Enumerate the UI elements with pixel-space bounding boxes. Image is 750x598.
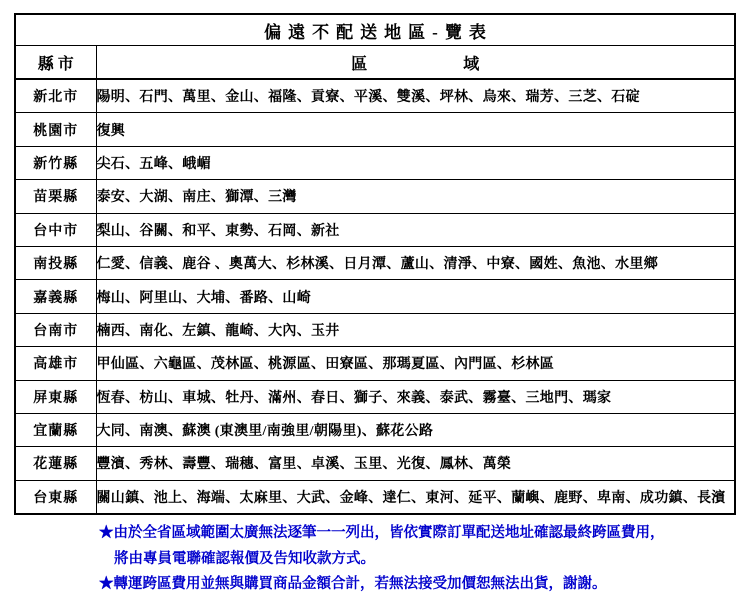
region-cell: 梅山、阿里山、大埔、番路、山崎: [96, 280, 735, 313]
table-row: 花蓮縣 豐濱、秀林、壽豐、瑞穗、富里、卓溪、玉里、光復、鳳林、萬榮: [15, 447, 735, 480]
table-header-row: 縣 市 區 域: [15, 46, 735, 80]
table-title: 偏遠不配送地區-覽表: [15, 14, 735, 46]
county-cell: 花蓮縣: [15, 447, 96, 480]
table-row: 台東縣 關山鎮、池上、海端、太麻里、大武、金峰、達仁、東河、延平、蘭嶼、鹿野、卑…: [15, 480, 735, 514]
column-header-region: 區 域: [96, 46, 735, 80]
county-cell: 新竹縣: [15, 146, 96, 179]
region-cell: 陽明、石門、萬里、金山、福隆、貢寮、平溪、雙溪、坪林、烏來、瑞芳、三芝、石碇: [96, 79, 735, 113]
note-line-1: ★由於全省區域範圍太廣無法逐筆一一列出，皆依實際訂單配送地址確認最終跨區費用，: [99, 521, 665, 547]
table-row: 高雄市 甲仙區、六龜區、茂林區、桃源區、田寮區、那瑪夏區、內門區、杉林區: [15, 347, 735, 380]
region-cell: 泰安、大湖、南庄、獅潭、三灣: [96, 180, 735, 213]
county-cell: 宜蘭縣: [15, 413, 96, 446]
county-cell: 嘉義縣: [15, 280, 96, 313]
region-cell: 尖石、五峰、峨嵋: [96, 146, 735, 179]
table-row: 苗栗縣 泰安、大湖、南庄、獅潭、三灣: [15, 180, 735, 213]
footer-notes: ★由於全省區域範圍太廣無法逐筆一一列出，皆依實際訂單配送地址確認最終跨區費用， …: [99, 521, 665, 598]
table-row: 南投縣 仁愛、信義、鹿谷 、奧萬大、杉林溪、日月潭、蘆山、清淨、中寮、國姓、魚池…: [15, 246, 735, 279]
region-cell: 恆春、枋山、車城、牡丹、滿州、春日、獅子、來義、泰武、霧臺、三地門、瑪家: [96, 380, 735, 413]
table-row: 新北市 陽明、石門、萬里、金山、福隆、貢寮、平溪、雙溪、坪林、烏來、瑞芳、三芝、…: [15, 79, 735, 113]
table-title-row: 偏遠不配送地區-覽表: [15, 14, 735, 46]
remote-area-table-container: 偏遠不配送地區-覽表 縣 市 區 域 新北市 陽明、石門、萬里、金山、福隆、貢寮…: [14, 13, 736, 515]
region-cell: 豐濱、秀林、壽豐、瑞穗、富里、卓溪、玉里、光復、鳳林、萬榮: [96, 447, 735, 480]
table-row: 台中市 梨山、谷關、和平、東勢、石岡、新社: [15, 213, 735, 246]
county-cell: 台中市: [15, 213, 96, 246]
region-cell: 楠西、南化、左鎮、龍崎、大內、玉井: [96, 313, 735, 346]
region-cell: 仁愛、信義、鹿谷 、奧萬大、杉林溪、日月潭、蘆山、清淨、中寮、國姓、魚池、水里鄉: [96, 246, 735, 279]
table-row: 屏東縣 恆春、枋山、車城、牡丹、滿州、春日、獅子、來義、泰武、霧臺、三地門、瑪家: [15, 380, 735, 413]
county-cell: 台南市: [15, 313, 96, 346]
table-row: 宜蘭縣 大同、南澳、蘇澳 (東澳里/南強里/朝陽里)、蘇花公路: [15, 413, 735, 446]
column-header-county: 縣 市: [15, 46, 96, 80]
county-cell: 屏東縣: [15, 380, 96, 413]
county-cell: 新北市: [15, 79, 96, 113]
remote-area-table: 偏遠不配送地區-覽表 縣 市 區 域 新北市 陽明、石門、萬里、金山、福隆、貢寮…: [14, 13, 736, 515]
table-row: 桃園市 復興: [15, 113, 735, 146]
county-cell: 桃園市: [15, 113, 96, 146]
county-cell: 台東縣: [15, 480, 96, 514]
county-cell: 南投縣: [15, 246, 96, 279]
region-cell: 梨山、谷關、和平、東勢、石岡、新社: [96, 213, 735, 246]
county-cell: 苗栗縣: [15, 180, 96, 213]
table-row: 新竹縣 尖石、五峰、峨嵋: [15, 146, 735, 179]
table-row: 嘉義縣 梅山、阿里山、大埔、番路、山崎: [15, 280, 735, 313]
region-cell: 大同、南澳、蘇澳 (東澳里/南強里/朝陽里)、蘇花公路: [96, 413, 735, 446]
region-cell: 復興: [96, 113, 735, 146]
table-row: 台南市 楠西、南化、左鎮、龍崎、大內、玉井: [15, 313, 735, 346]
region-cell: 甲仙區、六龜區、茂林區、桃源區、田寮區、那瑪夏區、內門區、杉林區: [96, 347, 735, 380]
region-cell: 關山鎮、池上、海端、太麻里、大武、金峰、達仁、東河、延平、蘭嶼、鹿野、卑南、成功…: [96, 480, 735, 514]
county-cell: 高雄市: [15, 347, 96, 380]
note-line-2: 將由專員電聯確認報價及告知收款方式。: [114, 547, 665, 573]
